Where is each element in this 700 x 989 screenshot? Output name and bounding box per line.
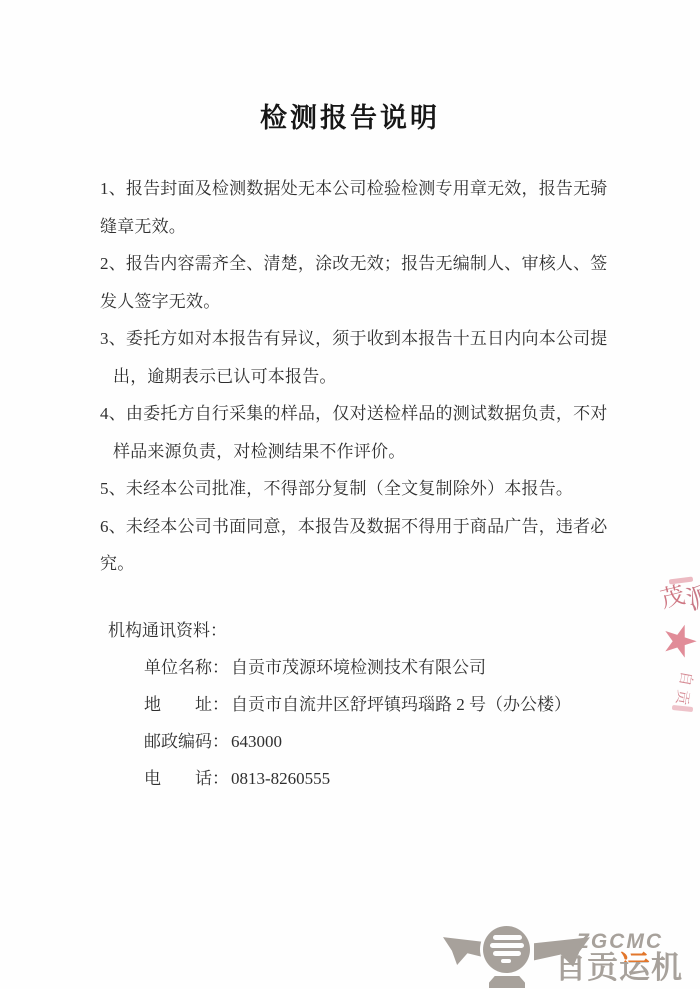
logo-name-accent: 运 — [619, 950, 651, 985]
notice-line: 4、由委托方自行采集的样品，仅对送检样品的测试数据负责，不对 — [100, 395, 616, 433]
notice-line: 1、报告封面及检测数据处无本公司检验检测专用章无效，报告无骑 — [100, 170, 616, 208]
company-logo: ZGCMC 自贡运机 — [443, 925, 699, 988]
logo-drum-slot — [493, 935, 522, 940]
logo-base-icon — [489, 976, 525, 988]
notice-line: 样品来源负责，对检测结果不作评价。 — [100, 433, 616, 471]
contact-label: 电 话： — [144, 760, 229, 797]
notice-line: 6、未经本公司书面同意，本报告及数据不得用于商品广告，违者必 — [100, 508, 616, 546]
contact-value: 自贡市茂源环境检测技术有限公司 — [231, 658, 486, 677]
contact-value: 0813-8260555 — [231, 769, 330, 788]
contact-row: 单位名称：自贡市茂源环境检测技术有限公司 — [144, 649, 571, 686]
notice-line: 缝章无效。 — [100, 208, 616, 246]
partial-red-seal: 茂 源 ★ 自贡 — [659, 576, 700, 716]
contact-value: 自贡市自流井区舒坪镇玛瑙路 2 号（办公楼） — [231, 695, 571, 714]
contact-label: 单位名称： — [144, 649, 229, 686]
logo-name-suffix: 机 — [651, 950, 683, 985]
seal-star-icon: ★ — [654, 615, 700, 668]
logo-name-prefix: 自贡 — [555, 950, 619, 985]
notice-line: 2、报告内容需齐全、清楚，涂改无效；报告无编制人、审核人、签 — [100, 245, 616, 283]
contact-label: 地 址： — [144, 686, 229, 723]
seal-side-characters: 自贡 — [672, 670, 693, 710]
contact-block: 机构通讯资料： 单位名称：自贡市茂源环境检测技术有限公司地 址：自贡市自流井区舒… — [108, 612, 571, 797]
seal-edge-mark-icon — [669, 577, 693, 585]
contact-row: 地 址：自贡市自流井区舒坪镇玛瑙路 2 号（办公楼） — [144, 686, 571, 723]
logo-drum-icon — [483, 926, 530, 973]
logo-company-name: 自贡运机 — [555, 951, 683, 985]
notice-line: 出，逾期表示已认可本报告。 — [100, 358, 616, 396]
contact-label: 邮政编码： — [144, 723, 229, 760]
logo-drum-slot — [501, 959, 511, 963]
seal-edge-mark-icon — [672, 705, 693, 712]
contact-heading: 机构通讯资料： — [108, 612, 571, 649]
page-title: 检测报告说明 — [0, 96, 700, 135]
seal-character: 茂 — [658, 583, 687, 612]
notice-line: 5、未经本公司批准，不得部分复制（全文复制除外）本报告。 — [100, 470, 616, 508]
contact-rows: 单位名称：自贡市茂源环境检测技术有限公司地 址：自贡市自流井区舒坪镇玛瑙路 2 … — [108, 649, 571, 797]
notice-line: 3、委托方如对本报告有异议，须于收到本报告十五日内向本公司提 — [100, 320, 616, 358]
contact-row: 邮政编码：643000 — [144, 723, 571, 760]
logo-drum-slot — [490, 943, 524, 948]
contact-row: 电 话：0813-8260555 — [144, 760, 571, 797]
contact-value: 643000 — [231, 732, 282, 751]
seal-character-clipped: 源 — [683, 580, 700, 615]
notice-line: 发人签字无效。 — [100, 283, 616, 321]
notice-list: 1、报告封面及检测数据处无本公司检验检测专用章无效，报告无骑缝章无效。2、报告内… — [100, 170, 616, 583]
notice-line: 究。 — [100, 545, 616, 583]
scanned-report-page: { "doc": { "title": "检测报告说明" }, "notice"… — [0, 0, 700, 989]
logo-drum-slot — [493, 951, 521, 956]
